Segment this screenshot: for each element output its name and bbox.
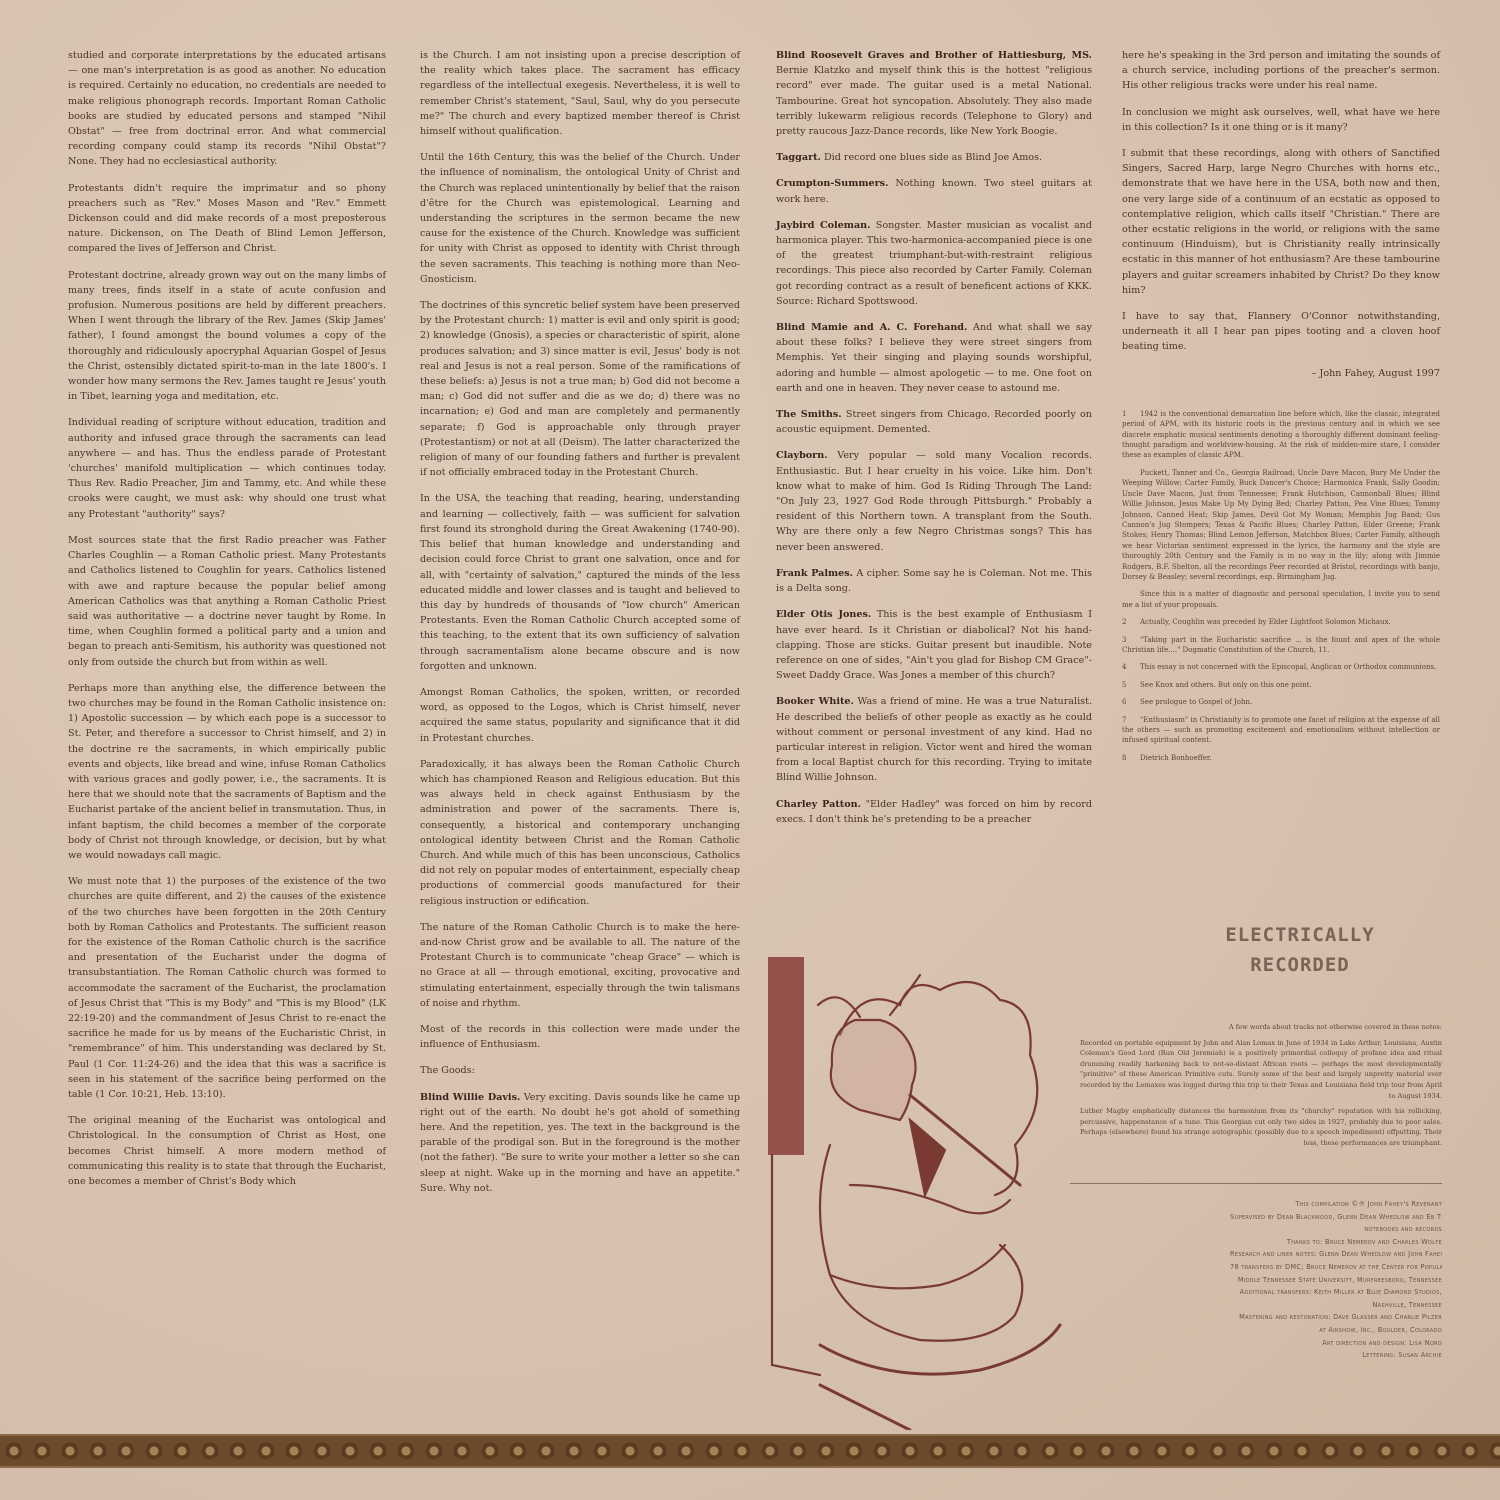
paragraph: I have to say that, Flannery O'Connor no… (1122, 309, 1440, 355)
artist-name: Blind Roosevelt Graves and Brother of Ha… (776, 50, 1092, 61)
paragraph: Amongst Roman Catholics, the spoken, wri… (420, 685, 740, 746)
paragraph: studied and corporate interpretations by… (68, 48, 386, 170)
credit-line: Mastering and restoration: Dave Glasser … (1230, 1311, 1442, 1324)
artist-notes: Was a friend of mine. He was a true Natu… (776, 696, 1092, 783)
artist-name: Booker White. (776, 696, 854, 707)
additional-notes: A few words about tracks not otherwise c… (1080, 1022, 1442, 1154)
artist-notes: Very exciting. Davis sounds like he came… (420, 1092, 740, 1194)
paragraph: Individual reading of scripture without … (68, 415, 386, 521)
paragraph: In the USA, the teaching that reading, h… (420, 491, 740, 673)
footnote: 4This essay is not concerned with the Ep… (1122, 662, 1440, 672)
footnote: 8Dietrich Bonhoeffer. (1122, 753, 1440, 763)
paragraph: The nature of the Roman Catholic Church … (420, 920, 740, 1011)
paragraph: Luther Magby emphatically distances the … (1080, 1106, 1442, 1148)
artist-entry: The Smiths. Street singers from Chicago.… (776, 407, 1092, 437)
footnote-number: 4 (1122, 662, 1140, 672)
credit-line: at Airshow, Inc., Boulder, Colorado (1230, 1324, 1442, 1337)
artist-entry: Clayborn. Very popular — sold many Vocal… (776, 448, 1092, 554)
footnote-text: Puckett, Tanner and Co., Georgia Railroa… (1122, 469, 1440, 581)
footnote: 6See prologue to Gospel of John. (1122, 697, 1440, 707)
footnote: Puckett, Tanner and Co., Georgia Railroa… (1122, 468, 1440, 582)
footnote: 7"Enthusiasm" in Christianity is to prom… (1122, 715, 1440, 746)
footnote-number: 6 (1122, 697, 1140, 707)
paragraph: A few words about tracks not otherwise c… (1080, 1022, 1442, 1033)
artist-entry: Booker White. Was a friend of mine. He w… (776, 694, 1092, 785)
paragraph: Until the 16th Century, this was the bel… (420, 150, 740, 287)
footnote-text: Since this is a matter of diagnostic and… (1122, 590, 1440, 608)
credit-line: Lettering: Susan Archie (1230, 1349, 1442, 1362)
column-4: here he's speaking in the 3rd person and… (1122, 48, 1440, 770)
paragraph: The Goods: (420, 1063, 740, 1078)
artist-entry: Blind Willie Davis. Very exciting. Davis… (420, 1090, 740, 1196)
paragraph: Most of the records in this collection w… (420, 1022, 740, 1052)
footnote-text: Actually, Coughlin was preceded by Elder… (1140, 618, 1391, 626)
artist-entry: Frank Palmes. A cipher. Some say he is C… (776, 566, 1092, 596)
footnote-text: See prologue to Gospel of John. (1140, 698, 1252, 706)
paragraph: is the Church. I am not insisting upon a… (420, 48, 740, 139)
footnote-number: 3 (1122, 635, 1140, 645)
credit-line: Research and liner notes: Glenn Dean Whe… (1230, 1248, 1442, 1261)
paragraph: Protestants didn't require the imprimatu… (68, 181, 386, 257)
credit-line: Middle Tennessee State University, Murfr… (1230, 1274, 1442, 1287)
paragraph: The doctrines of this syncretic belief s… (420, 298, 740, 480)
artist-name: Clayborn. (776, 450, 828, 461)
artist-notes: Did record one blues side as Blind Joe A… (821, 152, 1042, 163)
paragraph: I submit that these recordings, along wi… (1122, 146, 1440, 298)
signature: – John Fahey, August 1997 (1122, 366, 1440, 381)
footnote-number: 1 (1122, 409, 1140, 419)
footnote: 5See Knox and others. But only on this o… (1122, 680, 1440, 690)
artist-entry: Elder Otis Jones. This is the best examp… (776, 607, 1092, 683)
artist-name: Taggart. (776, 152, 821, 163)
paragraph: Paradoxically, it has always been the Ro… (420, 757, 740, 909)
footnote: 3"Taking part in the Eucharistic sacrifi… (1122, 635, 1440, 656)
footnote: 2Actually, Coughlin was preceded by Elde… (1122, 617, 1440, 627)
credit-line: This compilation ©℗ John Fahey's Revenan… (1230, 1198, 1442, 1211)
decorative-border (0, 1434, 1500, 1468)
divider (1070, 1183, 1442, 1184)
artist-name: Blind Mamie and A. C. Forehand. (776, 322, 967, 333)
credit-line: Thanks to: Bruce Nemerov and Charles Wol… (1230, 1236, 1442, 1249)
paragraph: We must note that 1) the purposes of the… (68, 874, 386, 1102)
paragraph: In conclusion we might ask ourselves, we… (1122, 105, 1440, 135)
artist-name: Blind Willie Davis. (420, 1092, 520, 1103)
artist-notes: Bernie Klatzko and myself think this is … (776, 65, 1092, 137)
artist-entry: Jaybird Coleman. Songster. Master musici… (776, 218, 1092, 309)
artist-name: Jaybird Coleman. (776, 220, 871, 231)
artist-name: The Smiths. (776, 409, 842, 420)
credit-line: Supervised by Dean Blackwood, Glenn Dean… (1230, 1211, 1442, 1224)
footnote-text: See Knox and others. But only on this on… (1140, 681, 1312, 689)
credit-line: notebooks and records (1230, 1223, 1442, 1236)
paragraph: here he's speaking in the 3rd person and… (1122, 48, 1440, 94)
artist-notes: Songster. Master musician as vocalist an… (776, 220, 1092, 307)
credits: This compilation ©℗ John Fahey's Revenan… (1230, 1198, 1442, 1362)
column-3: Blind Roosevelt Graves and Brother of Ha… (776, 48, 1092, 838)
paragraph: Protestant doctrine, already grown way o… (68, 268, 386, 405)
footnote-number: 7 (1122, 715, 1140, 725)
artist-entry: Crumpton-Summers. Nothing known. Two ste… (776, 176, 1092, 206)
artist-entry: Blind Roosevelt Graves and Brother of Ha… (776, 48, 1092, 139)
satyr-illustration (760, 945, 1070, 1430)
credit-line: Nashville, Tennessee (1230, 1299, 1442, 1312)
footnote-text: 1942 is the conventional demarcation lin… (1122, 410, 1440, 460)
paragraph: The original meaning of the Eucharist wa… (68, 1113, 386, 1189)
column-1: studied and corporate interpretations by… (68, 48, 386, 1200)
credit-line: Art direction and design: Lisa Nord (1230, 1337, 1442, 1350)
column-2: is the Church. I am not insisting upon a… (420, 48, 740, 1207)
footnote-text: "Taking part in the Eucharistic sacrific… (1122, 636, 1440, 654)
artist-notes: Very popular — sold many Vocalion record… (776, 450, 1092, 552)
artist-entry: Charley Patton. "Elder Hadley" was force… (776, 797, 1092, 827)
artist-name: Elder Otis Jones. (776, 609, 871, 620)
footnote-number: 8 (1122, 753, 1140, 763)
artist-entry: Blind Mamie and A. C. Forehand. And what… (776, 320, 1092, 396)
credit-line: Additional transfers: Keith Miller at Bl… (1230, 1286, 1442, 1299)
footnote-text: This essay is not concerned with the Epi… (1140, 663, 1436, 671)
artist-name: Crumpton-Summers. (776, 178, 888, 189)
paragraph: Perhaps more than anything else, the dif… (68, 681, 386, 863)
footnote-text: "Enthusiasm" in Christianity is to promo… (1122, 716, 1440, 745)
paragraph: Recorded on portable equipment by John a… (1080, 1038, 1442, 1102)
credit-line: 78 transfers by DMC; Bruce Nemerov at th… (1230, 1261, 1442, 1274)
artist-entry: Taggart. Did record one blues side as Bl… (776, 150, 1092, 165)
artist-name: Frank Palmes. (776, 568, 853, 579)
artist-name: Charley Patton. (776, 799, 861, 810)
electrically-recorded-stamp: ELECTRICALLY RECORDED (1190, 920, 1410, 980)
footnote: Since this is a matter of diagnostic and… (1122, 589, 1440, 610)
footnote-number: 2 (1122, 617, 1140, 627)
footnotes: 11942 is the conventional demarcation li… (1122, 409, 1440, 763)
footnote-text: Dietrich Bonhoeffer. (1140, 754, 1212, 762)
footnote-number: 5 (1122, 680, 1140, 690)
paragraph: Most sources state that the first Radio … (68, 533, 386, 670)
footnote: 11942 is the conventional demarcation li… (1122, 409, 1440, 461)
